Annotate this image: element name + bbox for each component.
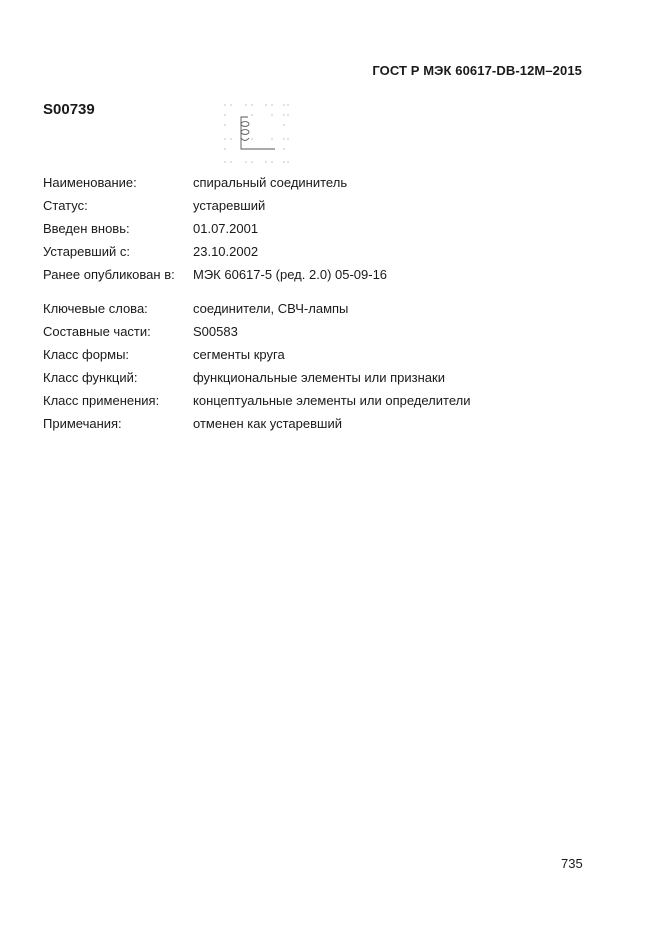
symbol-properties: Наименование: спиральный соединитель Ста…: [43, 171, 471, 435]
property-row: Ключевые слова: соединители, СВЧ-лампы: [43, 297, 471, 320]
property-value: 23.10.2002: [193, 240, 258, 263]
property-label: Ключевые слова:: [43, 297, 193, 320]
property-row: Класс применения: концептуальные элемент…: [43, 389, 471, 412]
property-label: Ранее опубликован в:: [43, 263, 193, 286]
property-row: Устаревший с: 23.10.2002: [43, 240, 471, 263]
property-label: Класс формы:: [43, 343, 193, 366]
property-value: соединители, СВЧ-лампы: [193, 297, 348, 320]
property-value: отменен как устаревший: [193, 412, 342, 435]
property-label: Класс функций:: [43, 366, 193, 389]
property-value: устаревший: [193, 194, 265, 217]
property-value: МЭК 60617-5 (ред. 2.0) 05-09-16: [193, 263, 387, 286]
property-value: спиральный соединитель: [193, 171, 347, 194]
property-value: S00583: [193, 320, 238, 343]
page-number: 735: [561, 856, 583, 871]
property-label: Устаревший с:: [43, 240, 193, 263]
property-row: Составные части: S00583: [43, 320, 471, 343]
property-row: Наименование: спиральный соединитель: [43, 171, 471, 194]
property-label: Введен вновь:: [43, 217, 193, 240]
group-spacer: [43, 286, 471, 297]
property-value: 01.07.2001: [193, 217, 258, 240]
property-label: Примечания:: [43, 412, 193, 435]
property-value: сегменты круга: [193, 343, 285, 366]
property-label: Статус:: [43, 194, 193, 217]
document-standard-header: ГОСТ Р МЭК 60617-DB-12M–2015: [372, 63, 582, 78]
property-row: Введен вновь: 01.07.2001: [43, 217, 471, 240]
property-label: Составные части:: [43, 320, 193, 343]
property-row: Примечания: отменен как устаревший: [43, 412, 471, 435]
property-value: концептуальные элементы или определители: [193, 389, 471, 412]
spiral-connector-symbol-icon: [222, 101, 292, 165]
property-label: Класс применения:: [43, 389, 193, 412]
property-row: Статус: устаревший: [43, 194, 471, 217]
property-row: Класс функций: функциональные элементы и…: [43, 366, 471, 389]
property-value: функциональные элементы или признаки: [193, 366, 445, 389]
property-label: Наименование:: [43, 171, 193, 194]
property-row: Класс формы: сегменты круга: [43, 343, 471, 366]
symbol-id: S00739: [43, 101, 95, 118]
property-row: Ранее опубликован в: МЭК 60617-5 (ред. 2…: [43, 263, 471, 286]
